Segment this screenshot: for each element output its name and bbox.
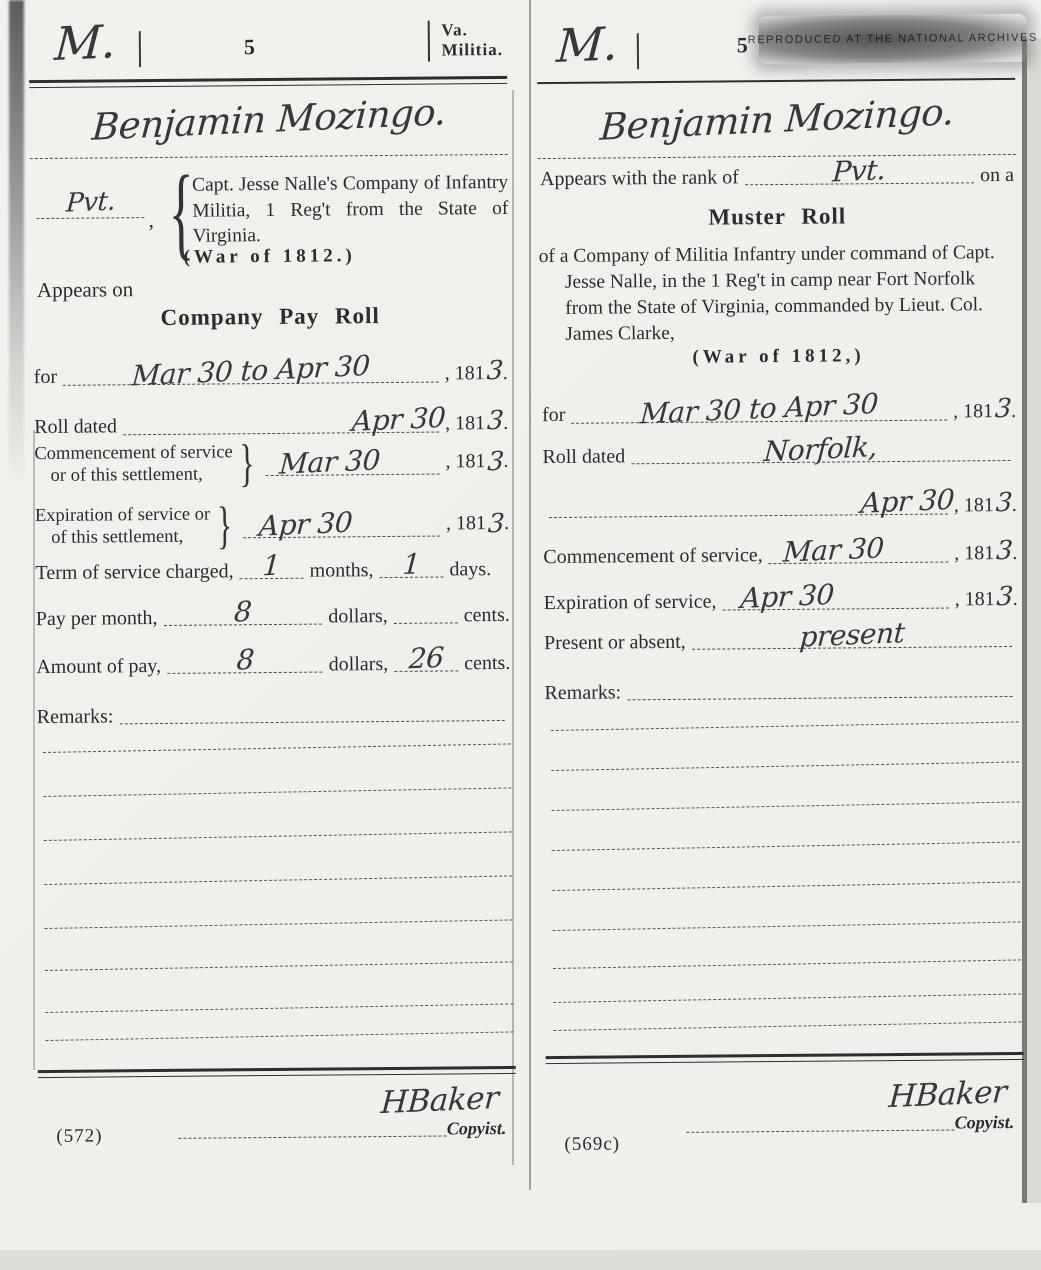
scan-edge-shadow-left [9, 0, 24, 480]
roll-dated-cont-underline: Apr 30 [549, 510, 948, 518]
card-code: (569c) [546, 1130, 1024, 1156]
remarks-blank-line [553, 921, 1021, 931]
pay-label: Pay per month, [36, 607, 158, 631]
for-year-digit: 3 [994, 394, 1012, 425]
soldier-name-field: Benjamin Mozingo. [29, 96, 507, 159]
rank-field: Pvt. [36, 187, 144, 219]
remarks-underline [119, 716, 504, 724]
for-period: . [503, 362, 508, 385]
remarks-blank-line [552, 801, 1020, 811]
term-days-value: 1 [402, 547, 421, 581]
for-underline: Mar 30 to Apr 30 [571, 416, 947, 424]
remarks-blank-line [553, 993, 1021, 1003]
expiration-underline: Apr 30 [722, 604, 948, 611]
for-period: . [1011, 400, 1016, 423]
remarks-blank-line [44, 831, 512, 841]
remarks-blank-line [44, 875, 512, 885]
remarks-field: Remarks: [542, 678, 1020, 705]
roll-dated-underline: Apr 30 [123, 428, 439, 436]
header-divider-tick [637, 33, 639, 69]
bottom-rule [38, 1066, 516, 1078]
card-number: 5 [244, 34, 255, 60]
commencement-label: Commencement of service or of this settl… [34, 442, 233, 487]
for-year-digit: 3 [486, 356, 504, 387]
muster-header: M. 5 REPRODUCED AT THE NATIONAL ARCHIVES [537, 20, 1016, 84]
unit-description: Capt. Jesse Nalle's Company of Infantry … [192, 170, 509, 250]
roll-dated-underline: Norfolk, [631, 456, 1010, 464]
card-number: 5 [737, 32, 748, 58]
for-field: for Mar 30 to Apr 30 , 181 3 . [32, 356, 510, 390]
war-of-1812-label: (War of 1812.) [31, 244, 509, 270]
remarks-blank-line [43, 787, 511, 797]
expiration-label: Expiration of service or of this settlem… [35, 505, 211, 550]
term-of-service-field: Term of service charged, 1 months, 1 day… [33, 558, 511, 585]
rank-underline: Pvt. [745, 178, 974, 185]
national-archives-stamp: REPRODUCED AT THE NATIONAL ARCHIVES [759, 14, 1027, 64]
copyist-signature: HBaker [888, 1074, 1008, 1115]
state-abbreviation: Va. [441, 20, 468, 39]
commencement-label: Commencement of service, [543, 544, 763, 569]
amount-cents-underline: 26 [394, 666, 458, 672]
present-or-absent-field: Present or absent, present [542, 628, 1020, 655]
remarks-blank-line [552, 841, 1020, 851]
remarks-blank-line [46, 1031, 514, 1041]
remarks-underline [627, 692, 1012, 700]
for-year-printed: , 181 [445, 362, 485, 385]
appears-on-label: Appears on [31, 274, 509, 303]
months-label: months, [309, 559, 373, 583]
roll-dated-label: Roll dated [34, 415, 117, 439]
pay-dollars-value: 8 [233, 595, 252, 629]
term-label: Term of service charged, [35, 560, 233, 585]
for-field: for Mar 30 to Apr 30 , 181 3 . [540, 394, 1018, 428]
remarks-blank-line [551, 761, 1019, 771]
remarks-blank-line [45, 961, 513, 971]
roll-dated-field: Roll dated Apr 30 , 181 3 . [32, 406, 510, 440]
roll-dated-cont-value: Apr 30 [860, 483, 955, 520]
expiration-value: Apr 30 [739, 578, 834, 615]
remarks-blank-line [553, 959, 1021, 969]
rank-value: Pvt. [832, 153, 887, 188]
muster-roll-card: M. 5 REPRODUCED AT THE NATIONAL ARCHIVES… [537, 12, 1026, 1256]
rank-field: Appears with the rank of Pvt. on a [538, 164, 1016, 191]
for-value: Mar 30 to Apr 30 [131, 349, 371, 392]
rank-prefix: Appears with the rank of [540, 166, 739, 191]
amount-dollars-label: dollars, [329, 653, 389, 677]
amount-cents-value: 26 [408, 641, 445, 676]
soldier-name: Benjamin Mozingo. [598, 90, 954, 148]
remarks-field: Remarks: [35, 702, 513, 729]
days-label: days. [449, 558, 491, 581]
pay-roll-header: M. 5 Va. Militia. [29, 18, 508, 82]
scanned-document: { "colors": { "paper": "#f1f2ee", "ink":… [0, 0, 1041, 1270]
scan-edge-shadow-right [1027, 38, 1041, 1203]
present-label: Present or absent, [544, 631, 686, 655]
card-title: Company Pay Roll [31, 302, 509, 332]
remarks-blank-line [43, 743, 511, 753]
rank-comma: , [148, 207, 154, 233]
stamp-text: REPRODUCED AT THE NATIONAL ARCHIVES [748, 32, 1038, 47]
roll-dated-value: Norfolk, [763, 430, 878, 468]
soldier-name-field: Benjamin Mozingo. [537, 96, 1015, 159]
remarks-blank-line [551, 721, 1019, 731]
roll-dated-continuation-field: Apr 30 , 181 3 . [541, 488, 1019, 522]
pay-roll-card: M. 5 Va. Militia. Benjamin Mozingo. Pvt.… [29, 12, 518, 1256]
expiration-label: Expiration of service, [544, 591, 717, 616]
for-underline: Mar 30 to Apr 30 [63, 378, 439, 386]
cents-label: cents. [464, 604, 510, 627]
for-label: for [34, 366, 58, 389]
expiration-field: Expiration of service or of this settlem… [33, 502, 511, 550]
militia-label: Militia. [441, 40, 503, 60]
copyist-signature: HBaker [380, 1080, 500, 1121]
pay-cents-underline [394, 618, 458, 624]
roll-dated-value: Apr 30 [351, 401, 446, 438]
rank-suffix: on a [980, 164, 1014, 187]
for-year-printed: , 181 [953, 400, 993, 423]
roll-dated-period: . [503, 412, 508, 435]
commencement-value: Mar 30 [279, 443, 382, 480]
roll-dated-year-digit: 3 [486, 406, 504, 437]
for-value: Mar 30 to Apr 30 [639, 387, 879, 430]
remarks-label: Remarks: [37, 705, 114, 729]
card-series-letter: M. [555, 20, 619, 69]
expiration-brace: } [217, 505, 232, 547]
commencement-value: Mar 30 [782, 531, 885, 568]
roll-dated-label: Roll dated [542, 445, 625, 469]
present-value: present [798, 616, 905, 654]
roll-dated-field: Roll dated Norfolk, [540, 442, 1018, 469]
state-militia-label: Va. Militia. [427, 20, 503, 61]
pay-dollars-underline: 8 [164, 620, 323, 626]
bottom-rule [546, 1052, 1024, 1064]
card-divider-line-outer [529, 0, 531, 1190]
dollars-label: dollars, [328, 605, 388, 629]
remarks-blank-line [553, 1021, 1021, 1031]
remarks-blank-line [552, 881, 1020, 891]
amount-dollars-value: 8 [235, 643, 254, 677]
remarks-blank-line [45, 919, 513, 929]
amount-cents-label: cents. [464, 652, 510, 675]
amount-label: Amount of pay, [36, 655, 161, 679]
header-divider-tick [139, 31, 141, 67]
present-underline: present [692, 642, 1012, 650]
commencement-brace: } [240, 443, 255, 485]
pay-per-month-field: Pay per month, 8 dollars, cents. [34, 604, 512, 631]
war-of-1812-label: (War of 1812,) [539, 344, 1017, 370]
rank-value: Pvt. [65, 187, 116, 219]
expiration-field: Expiration of service, Apr 30 , 181 3 . [542, 582, 1020, 616]
for-label: for [542, 404, 566, 427]
soldier-name: Benjamin Mozingo. [90, 90, 446, 148]
card-title: Muster Roll [538, 202, 1016, 232]
remarks-blank-line [45, 1003, 513, 1013]
card-series-letter: M. [53, 18, 117, 67]
card-code: (572) [38, 1122, 516, 1148]
commencement-field: Commencement of service, Mar 30 , 181 3 … [541, 536, 1019, 570]
commencement-underline: Mar 30 [266, 469, 440, 476]
roll-dated-year-printed: , 181 [445, 412, 485, 435]
unit-description: of a Company of Militia Infantry under c… [539, 240, 1018, 348]
expiration-underline: Apr 30 [243, 531, 440, 538]
commencement-field: Commencement of service or of this settl… [32, 440, 510, 488]
term-months-value: 1 [262, 549, 281, 583]
term-days-underline: 1 [380, 573, 444, 579]
remarks-label: Remarks: [544, 681, 621, 705]
commencement-underline: Mar 30 [769, 558, 949, 565]
amount-dollars-underline: 8 [167, 668, 323, 674]
expiration-value: Apr 30 [258, 505, 353, 542]
term-months-underline: 1 [240, 574, 304, 580]
amount-of-pay-field: Amount of pay, 8 dollars, 26 cents. [34, 652, 512, 679]
